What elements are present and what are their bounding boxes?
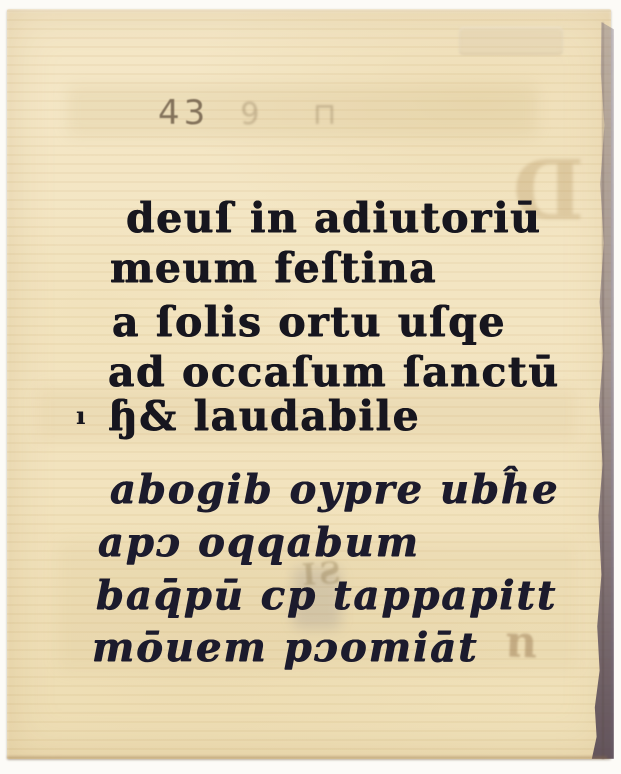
text-line-1: deuſ in adiutoriū [126,195,542,242]
text-line-6: abogib oypre ubĥe [110,467,560,513]
text-line-4: ad occaſum ſanctū [108,349,560,396]
pencil-folio-mark: 43 9 ⊓ [158,93,358,133]
text-line-8: baq̄pū cp tappapitt [96,573,557,619]
text-line-3: a ſolis ortu uſqe [112,299,506,346]
manuscript-leaf: 43 9 ⊓ D SI u deuſ in adiutoriū meum feſ… [7,9,611,759]
pencil-number: 43 [158,93,209,133]
embossed-stamp-ghost [459,27,563,55]
text-line-7: apɔ oqqabum [98,520,420,566]
text-line-9: mōuem pɔomiāt [92,625,479,671]
text-line-5: ɧ& laudabile [108,393,420,440]
marginal-mark: ı [76,401,85,430]
manuscript-photo: 43 9 ⊓ D SI u deuſ in adiutoriū meum feſ… [0,0,621,774]
leaf-bottom-edge [7,756,607,759]
text-line-2: meum feſtina [110,245,437,292]
pencil-ghost-marks: 9 ⊓ [240,97,358,132]
leaf-right-edge [602,22,604,759]
